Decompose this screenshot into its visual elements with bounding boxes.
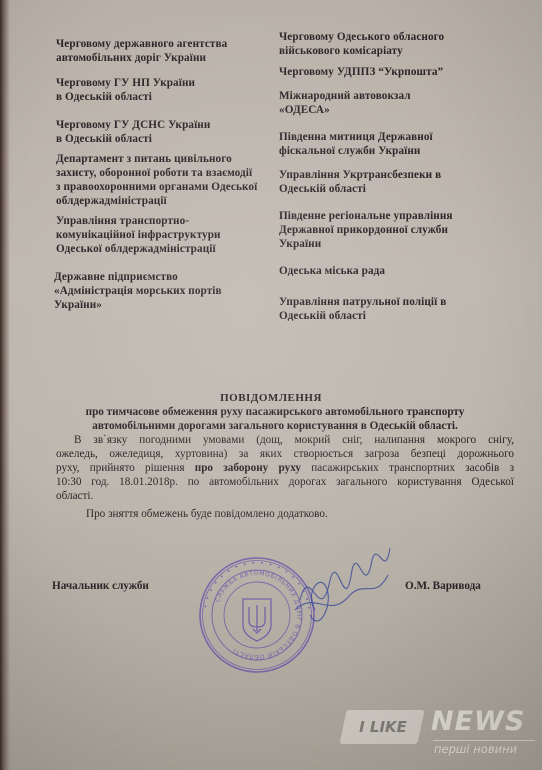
recipient-line: Черговому УДППЗ “Укрпошта” [279, 65, 443, 79]
recipient-line: автомобільних доріг України [56, 51, 227, 65]
notice-subtitle-line-1: про тимчасове обмеження руху пасажирсько… [40, 406, 510, 418]
recipient-right-1: Черговому Одеського обласного військовог… [279, 30, 444, 58]
signatory-name: О.М. Варивода [405, 580, 481, 592]
body-text: пасажирських транспортних засобів з [301, 462, 514, 474]
recipient-line: України» [54, 298, 222, 312]
recipient-line: Південна митниця Державної [279, 130, 433, 144]
recipient-line: фіскальної служби України [279, 144, 433, 158]
notice-subtitle-line-2: автомобільними дорогами загального корис… [40, 420, 510, 432]
recipient-line: військового комісаріату [279, 44, 444, 58]
body-emphasis: про заборону руху [195, 462, 301, 474]
recipient-line: комунікаційної інфраструктури [56, 228, 221, 242]
document-photo: Черговому державного агентства автомобіл… [0, 0, 542, 770]
recipient-line: облдержадміністрації [56, 194, 257, 208]
recipient-left-4: Департамент з питань цивільного захисту,… [56, 152, 257, 208]
body-line-2: ожеледь, ожеледиця, хуртовина) за яких с… [56, 448, 514, 460]
recipient-left-3: Черговому ГУ ДСНС України в Одеській обл… [56, 118, 210, 146]
recipient-line: Управління Укртрансбезпеки в [279, 168, 441, 182]
watermark-tagline: перші новини [434, 742, 517, 756]
body-line-5: області. [56, 490, 514, 502]
handwritten-signature [290, 540, 395, 635]
body-line-3: руху, прийнято рішення про заборону руху… [56, 462, 514, 474]
recipient-line: «Адміністрація морських портів [54, 284, 222, 298]
news-watermark: I LIKE NEWS перші новини [335, 700, 535, 760]
recipient-line: Міжнародний автовокзал [279, 89, 411, 103]
page-edge-shadow [0, 0, 10, 770]
recipient-left-6: Державне підприємство «Адміністрація мор… [54, 270, 222, 312]
recipient-right-7: Одеська міська рада [279, 264, 385, 278]
recipient-left-2: Черговому ГУ НП України в Одеській облас… [56, 76, 195, 104]
recipient-line: Черговому ГУ НП України [56, 76, 195, 90]
recipient-right-6: Південне регіональне управління Державно… [279, 209, 453, 251]
recipient-line: Управління транспортно- [56, 214, 221, 228]
recipient-line: Одеській області [279, 182, 441, 196]
recipient-line: Одеської облдержадміністрації [56, 242, 221, 256]
recipient-line: захисту, оборонної роботи та взаємодії [56, 166, 257, 180]
recipient-line: Одеській області [279, 309, 446, 323]
recipient-line: Одеська міська рада [279, 264, 385, 278]
notice-title: ПОВІДОМЛЕННЯ [0, 392, 542, 404]
signatory-position: Начальник служби [52, 580, 149, 592]
recipient-left-1: Черговому державного агентства автомобіл… [56, 37, 227, 65]
recipient-right-2: Черговому УДППЗ “Укрпошта” [279, 65, 443, 79]
recipient-line: в Одеській області [56, 90, 195, 104]
recipient-left-5: Управління транспортно- комунікаційної і… [56, 214, 221, 256]
recipient-line: «ОДЕСА» [279, 103, 411, 117]
recipient-line: Черговому державного агентства [56, 37, 227, 51]
watermark-brand-left: I LIKE [347, 718, 419, 736]
body-line-4: 10:30 год. 18.01.2018р. по автомобільних… [56, 476, 514, 488]
recipient-line: Черговому Одеського обласного [279, 30, 444, 44]
recipient-right-4: Південна митниця Державної фіскальної сл… [279, 130, 433, 158]
recipient-line: Управління патрульної поліції в [279, 295, 446, 309]
recipient-right-5: Управління Укртрансбезпеки в Одеській об… [279, 168, 441, 196]
recipient-line: Державне підприємство [54, 270, 222, 284]
recipient-line: з правоохоронними органами Одеської [56, 180, 257, 194]
recipient-right-8: Управління патрульної поліції в Одеській… [279, 295, 446, 323]
body-line-6: Про зняття обмежень буде повідомлено дод… [86, 508, 542, 520]
trident-icon [243, 599, 271, 641]
body-line-1: В зв`язку погодними умовами (дощ, мокрий… [74, 434, 514, 446]
recipient-line: Державної прикордонної служби [279, 223, 453, 237]
recipient-line: Південне регіональне управління [279, 209, 453, 223]
recipient-line: Департамент з питань цивільного [56, 152, 257, 166]
watermark-divider [433, 740, 535, 741]
watermark-brand-right: NEWS [431, 706, 525, 737]
recipient-line: Черговому ГУ ДСНС України [56, 118, 210, 132]
recipient-line: України [279, 237, 453, 251]
recipient-right-3: Міжнародний автовокзал «ОДЕСА» [279, 89, 411, 117]
body-text: руху, прийнято рішення [56, 462, 195, 474]
recipient-line: в Одеській області [56, 132, 210, 146]
